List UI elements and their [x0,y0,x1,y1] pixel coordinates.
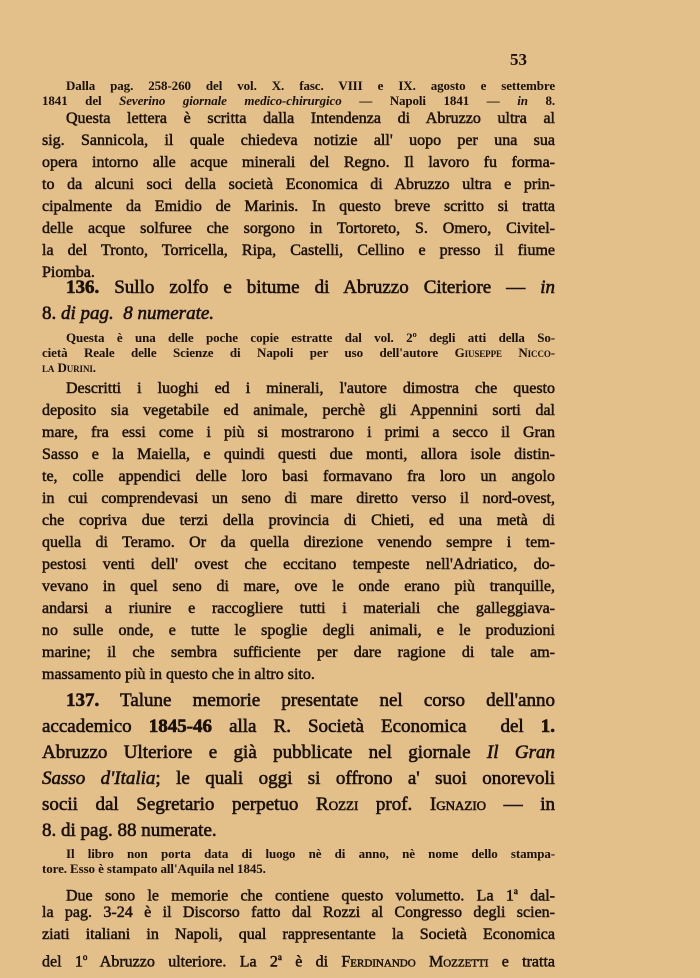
entry-heading-line: Sasso d'Italia; le quali oggi si offrono… [42,766,555,792]
body-line: che copriva due terzi della provincia di… [42,510,555,532]
body-line: no sulle onde, e tutte le spoglie degli … [42,620,555,642]
body-line: sig. Sannicola, il quale chiedeva notizi… [42,130,555,152]
body-line: quella di Teramo. Or da quella direzione… [42,532,555,554]
entry-heading-137: 137. Talune memorie presentate nel corso… [42,688,555,714]
entry-heading-line: accademico 1845-46 alla R. Società Econo… [42,714,555,740]
body-line: massamento più in questo che in altro si… [42,664,555,686]
body-line: Questa lettera è scritta dalla Intendenz… [42,108,555,130]
note-line: Questa è una delle poche copie estratte … [42,330,555,345]
page-number: 53 [510,50,527,70]
body-line: te, colle appendici delle loro basi form… [42,466,555,488]
body-line: la pag. 3-24 è il Discorso fatto dal Roz… [42,902,555,924]
entry-heading-line: Abruzzo Ulteriore e già pubblicate nel g… [42,740,555,766]
body-line: opera intorno alle acque minerali del Re… [42,152,555,174]
body-line: mare, fra essi come i più si mostrarono … [42,422,555,444]
body-line: andarsi a riunire e raccogliere tutti i … [42,598,555,620]
body-line: del 1o Abruzzo ulteriore. La 2a è di Fer… [42,946,555,973]
note-line: la Durini. [42,360,555,375]
note-line: cietà Reale delle Scienze di Napoli per … [42,345,555,360]
body-line: pestosi venti dell' ovest che eccitano t… [42,554,555,576]
body-line: delle acque solfuree che sorgono in Tort… [42,218,555,240]
body-line: Descritti i luoghi ed i minerali, l'auto… [42,378,555,400]
body-line: ziati italiani in Napoli, qual rappresen… [42,924,555,946]
entry-heading-136: 136. Sullo zolfo e bitume di Abruzzo Cit… [42,275,555,301]
body-line: cipalmente da Emidio de Marinis. In ques… [42,196,555,218]
note-line: tore. Esso è stampato all'Aquila nel 184… [42,861,555,876]
entry-heading-line: socii dal Segretario perpetuo Rozzi prof… [42,792,555,818]
note-line: Il libro non porta data di luogo nè di a… [42,846,555,861]
body-line: marine; il che sembra sufficiente per da… [42,642,555,664]
entry-number: 136. [66,277,99,298]
entry-number: 137. [66,690,99,711]
body-line: in cui comprendevasi un seno di mare dir… [42,488,555,510]
body-line: deposito sia vegetabile ed animale, perc… [42,400,555,422]
body-line: to da alcuni soci della società Economic… [42,174,555,196]
body-line: la del Tronto, Torricella, Ripa, Castell… [42,240,555,262]
entry-heading-line: 8. di pag. 88 numerate. [42,818,555,844]
source-note-line: Dalla pag. 258-260 del vol. X. fasc. VII… [42,78,555,93]
body-line: vevano in quel seno di mare, ove le onde… [42,576,555,598]
body-line: Sasso e la Maiella, e quindi questi due … [42,444,555,466]
source-note-line: 1841 del Severino giornale medico-chirur… [42,93,555,108]
entry-heading-line: 8. di pag. 8 numerate. [42,301,555,327]
